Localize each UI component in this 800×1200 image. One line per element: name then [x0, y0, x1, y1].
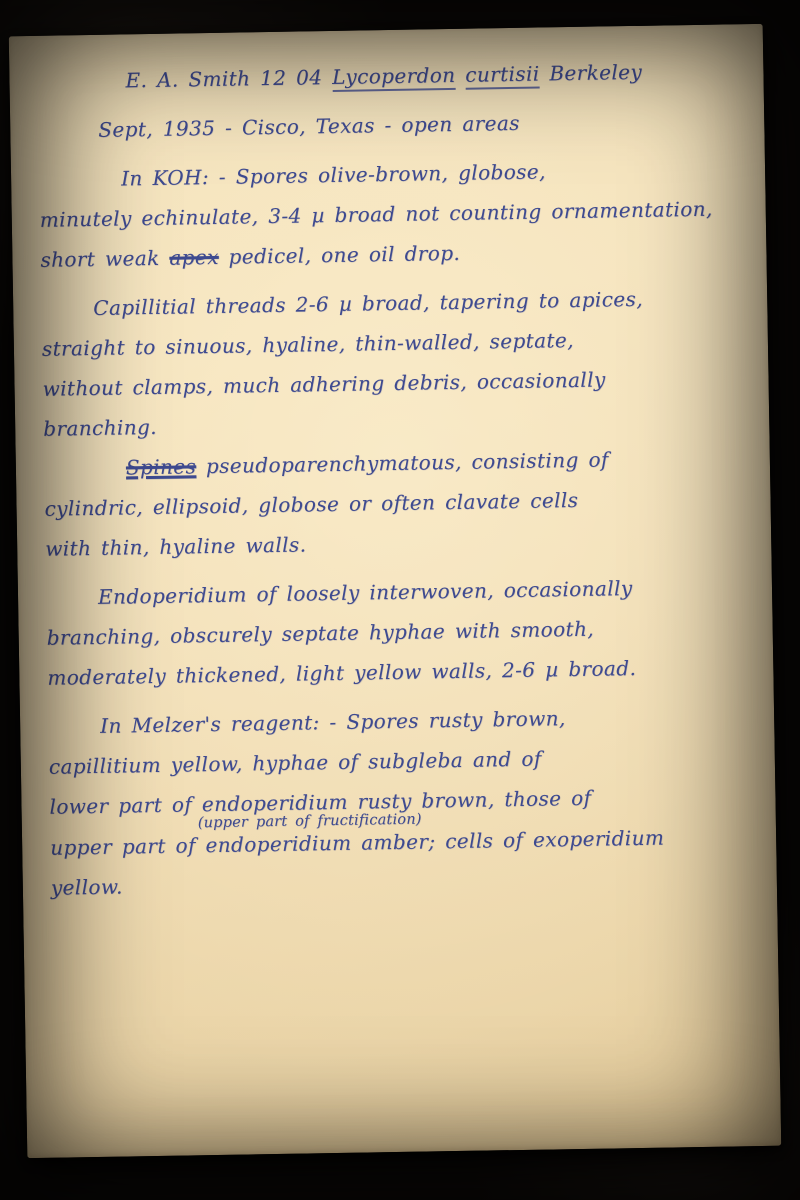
text-segment: pedicel, one oil drop. — [219, 241, 461, 269]
text-segment: with thin, hyaline walls. — [45, 532, 307, 560]
text-segment-underline: Lycoperdon — [332, 63, 456, 92]
handwritten-line: E. A. Smith 12 04 Lycoperdon curtisii Be… — [125, 50, 742, 100]
text-segment: straight to sinuous, hyaline, thin-walle… — [42, 328, 574, 361]
text-segment: Berkeley — [539, 60, 642, 86]
text-segment-strike-underline: Spines — [126, 454, 197, 479]
text-segment: In Melzer's reagent: - Spores rusty brow… — [100, 706, 566, 738]
text-segment: Sept, 1935 - Cisco, Texas - open areas — [98, 111, 520, 142]
text-segment: pseudoparenchymatous, consisting of — [196, 447, 609, 478]
text-segment: yellow. — [51, 875, 123, 900]
text-segment-underline: curtisii — [465, 62, 540, 90]
text-segment: Endoperidium of loosely interwoven, occa… — [98, 576, 633, 609]
text-segment: branching. — [43, 415, 157, 441]
text-segment: short weak — [40, 246, 169, 272]
text-segment: minutely echinulate, 3-4 µ broad not cou… — [40, 197, 713, 232]
text-segment: without clamps, much adhering debris, oc… — [42, 367, 605, 400]
text-segment: cylindric, ellipsoid, globose or often c… — [44, 488, 578, 521]
handwritten-line: Sept, 1935 - Cisco, Texas - open areas — [98, 99, 743, 150]
text-segment: In KOH: - Spores olive-brown, globose, — [121, 159, 546, 190]
text-segment: capillitium yellow, hyphae of subgleba a… — [49, 747, 542, 779]
text-segment-strike: apex — [169, 245, 219, 270]
text-segment: branching, obscurely septate hyphae with… — [47, 617, 595, 650]
text-segment — [455, 63, 465, 87]
text-segment: E. A. Smith 12 04 — [125, 65, 332, 92]
paper-sheet: E. A. Smith 12 04 Lycoperdon curtisii Be… — [9, 24, 781, 1158]
text-segment: moderately thickened, light yellow walls… — [47, 656, 636, 690]
text-segment: upper part of endoperidium amber; cells … — [50, 826, 664, 860]
text-segment: Capillitial threads 2-6 µ broad, taperin… — [93, 287, 643, 320]
handwriting-lines: E. A. Smith 12 04 Lycoperdon curtisii Be… — [9, 24, 781, 1158]
